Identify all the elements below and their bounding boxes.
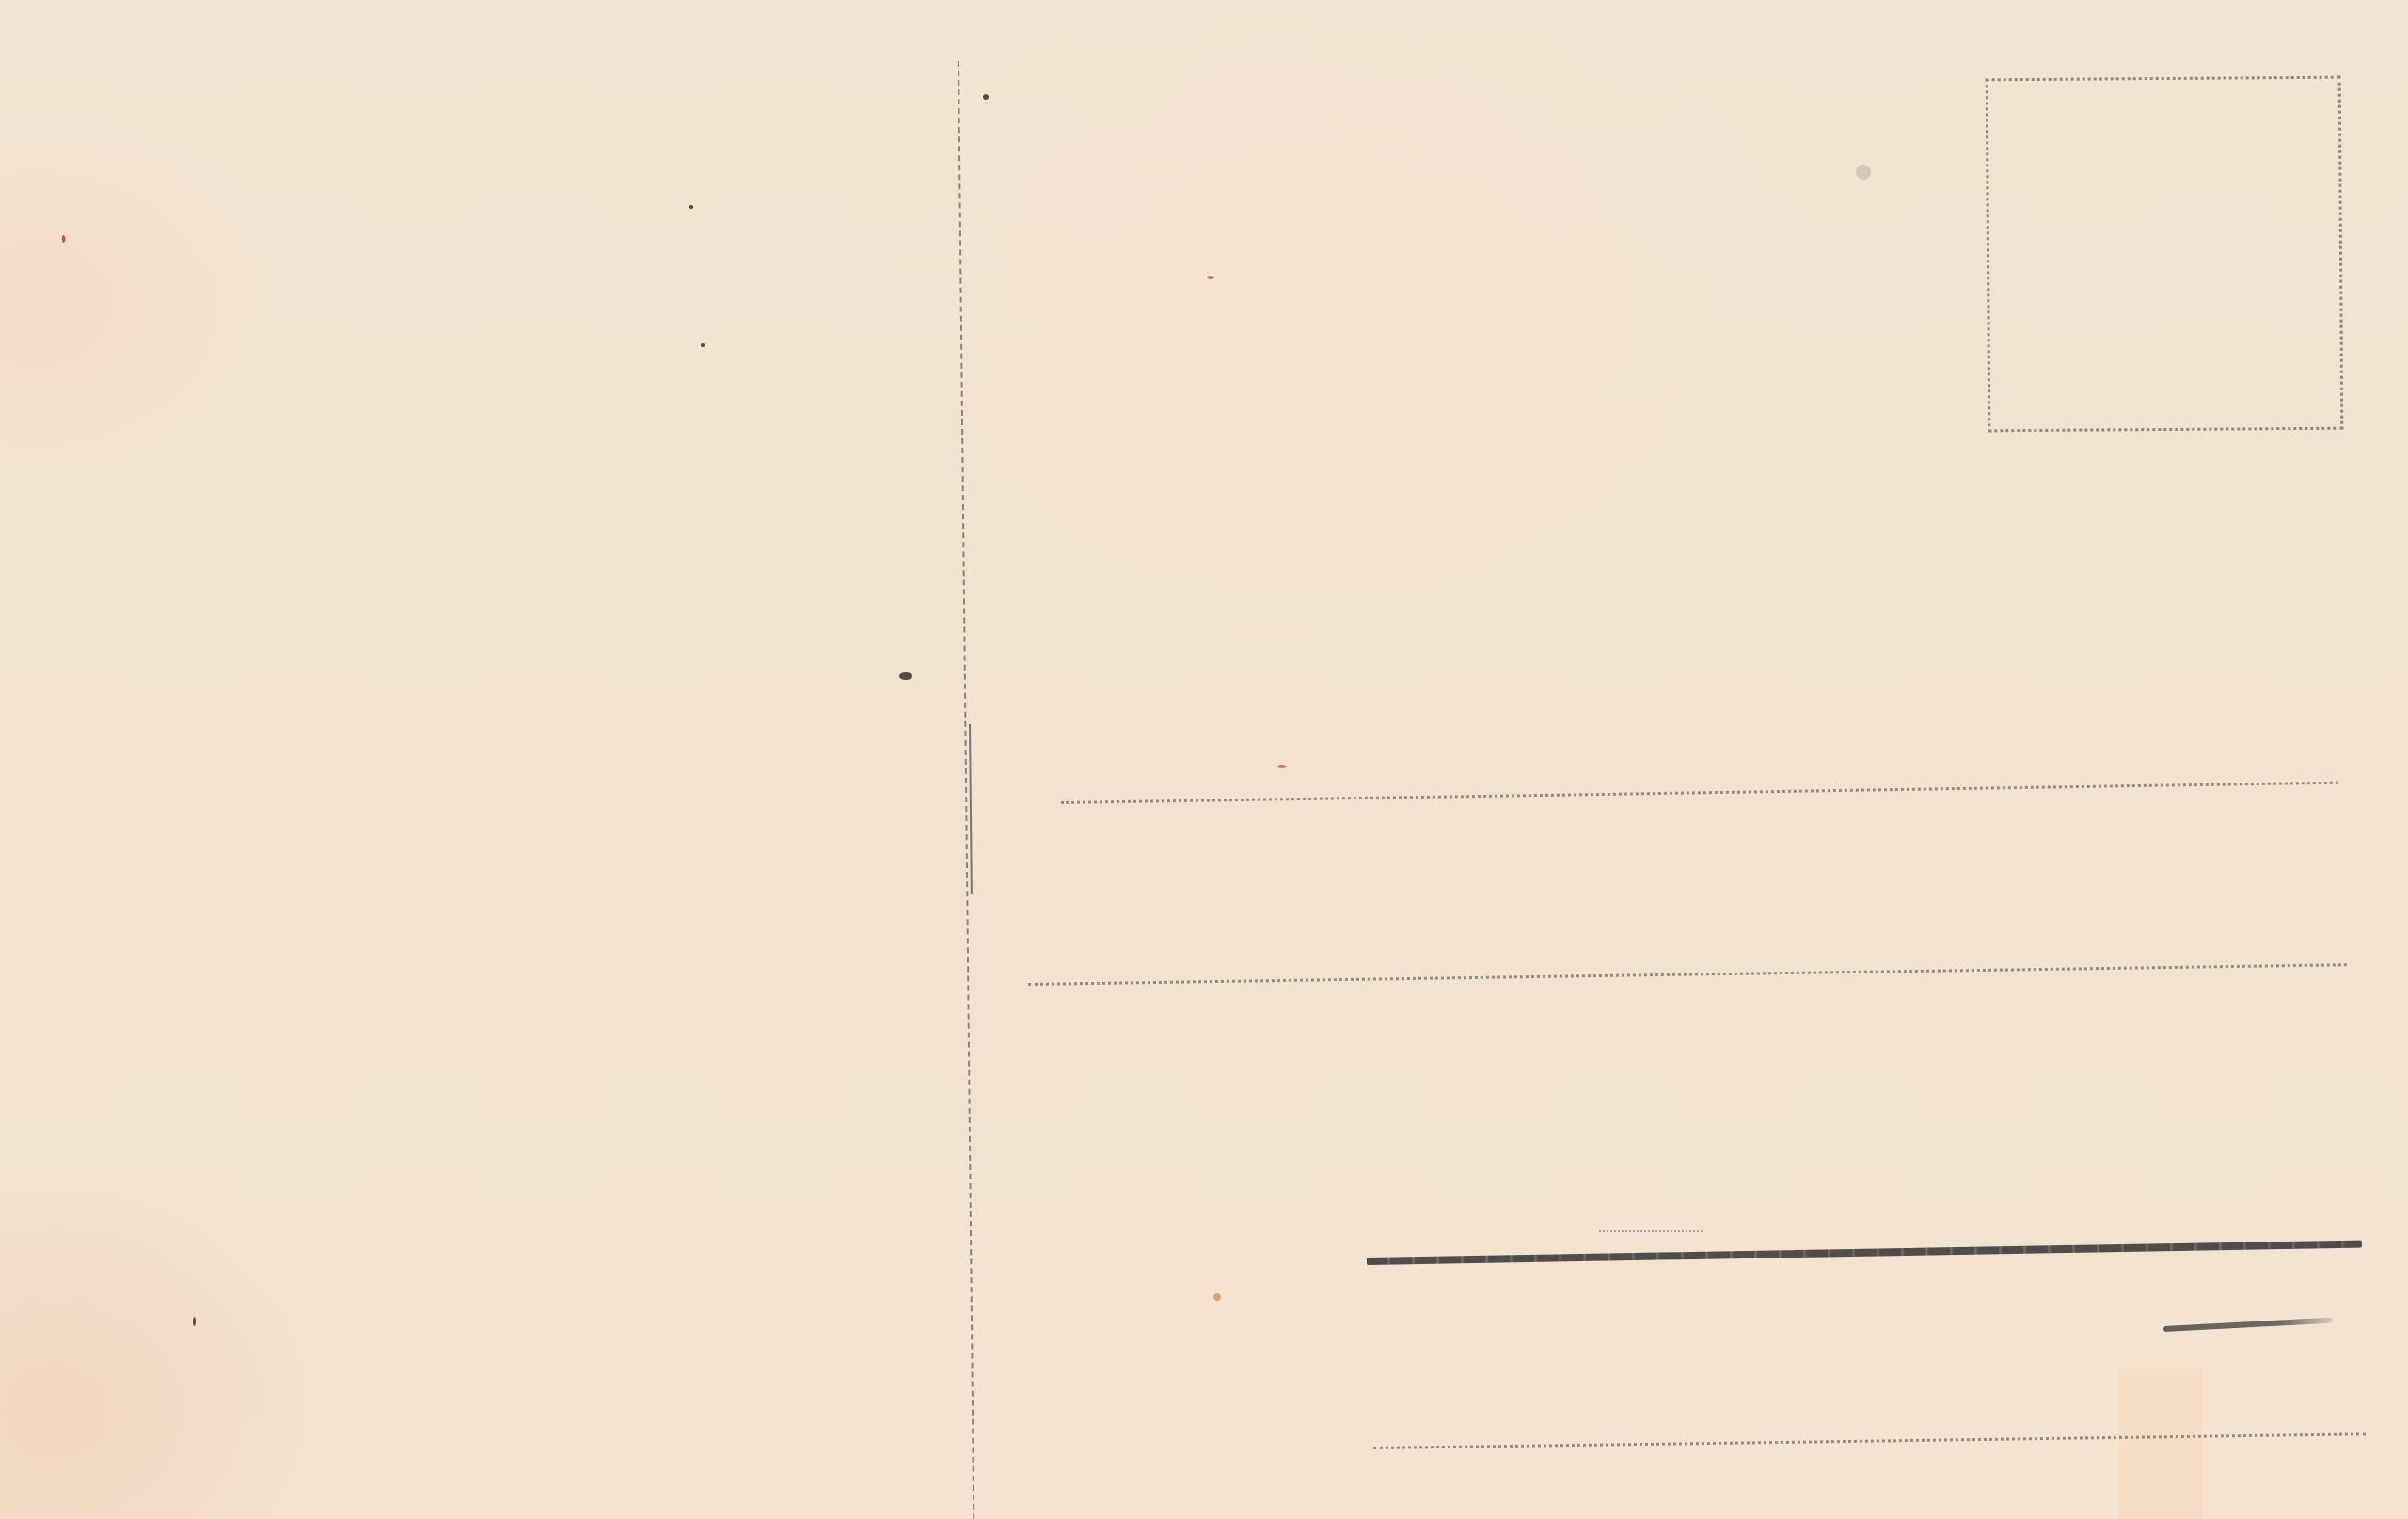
center-divider-line: [958, 61, 974, 1519]
ink-speck: [983, 94, 989, 100]
short-dotted-mark: [1599, 1230, 1703, 1232]
address-line-3-thick: [1367, 1241, 2362, 1265]
light-patch: [2118, 1369, 2203, 1519]
address-line-2: [1028, 963, 2347, 986]
address-line-4: [1373, 1432, 2366, 1449]
short-ink-stroke: [2163, 1318, 2333, 1332]
ink-speck: [1207, 276, 1214, 279]
address-line-1: [1061, 782, 2338, 804]
ink-speck: [899, 672, 912, 680]
ink-speck: [1213, 1293, 1221, 1301]
center-divider-solid-segment: [969, 724, 973, 894]
ink-speck: [1277, 765, 1287, 768]
faint-spot: [1856, 165, 1871, 180]
ink-speck: [689, 205, 693, 209]
ink-speck: [193, 1317, 196, 1326]
stamp-placeholder-box: [1986, 76, 2344, 433]
red-fiber-speck: [62, 235, 65, 243]
postcard-back: [0, 0, 2408, 1519]
ink-speck: [701, 343, 705, 347]
